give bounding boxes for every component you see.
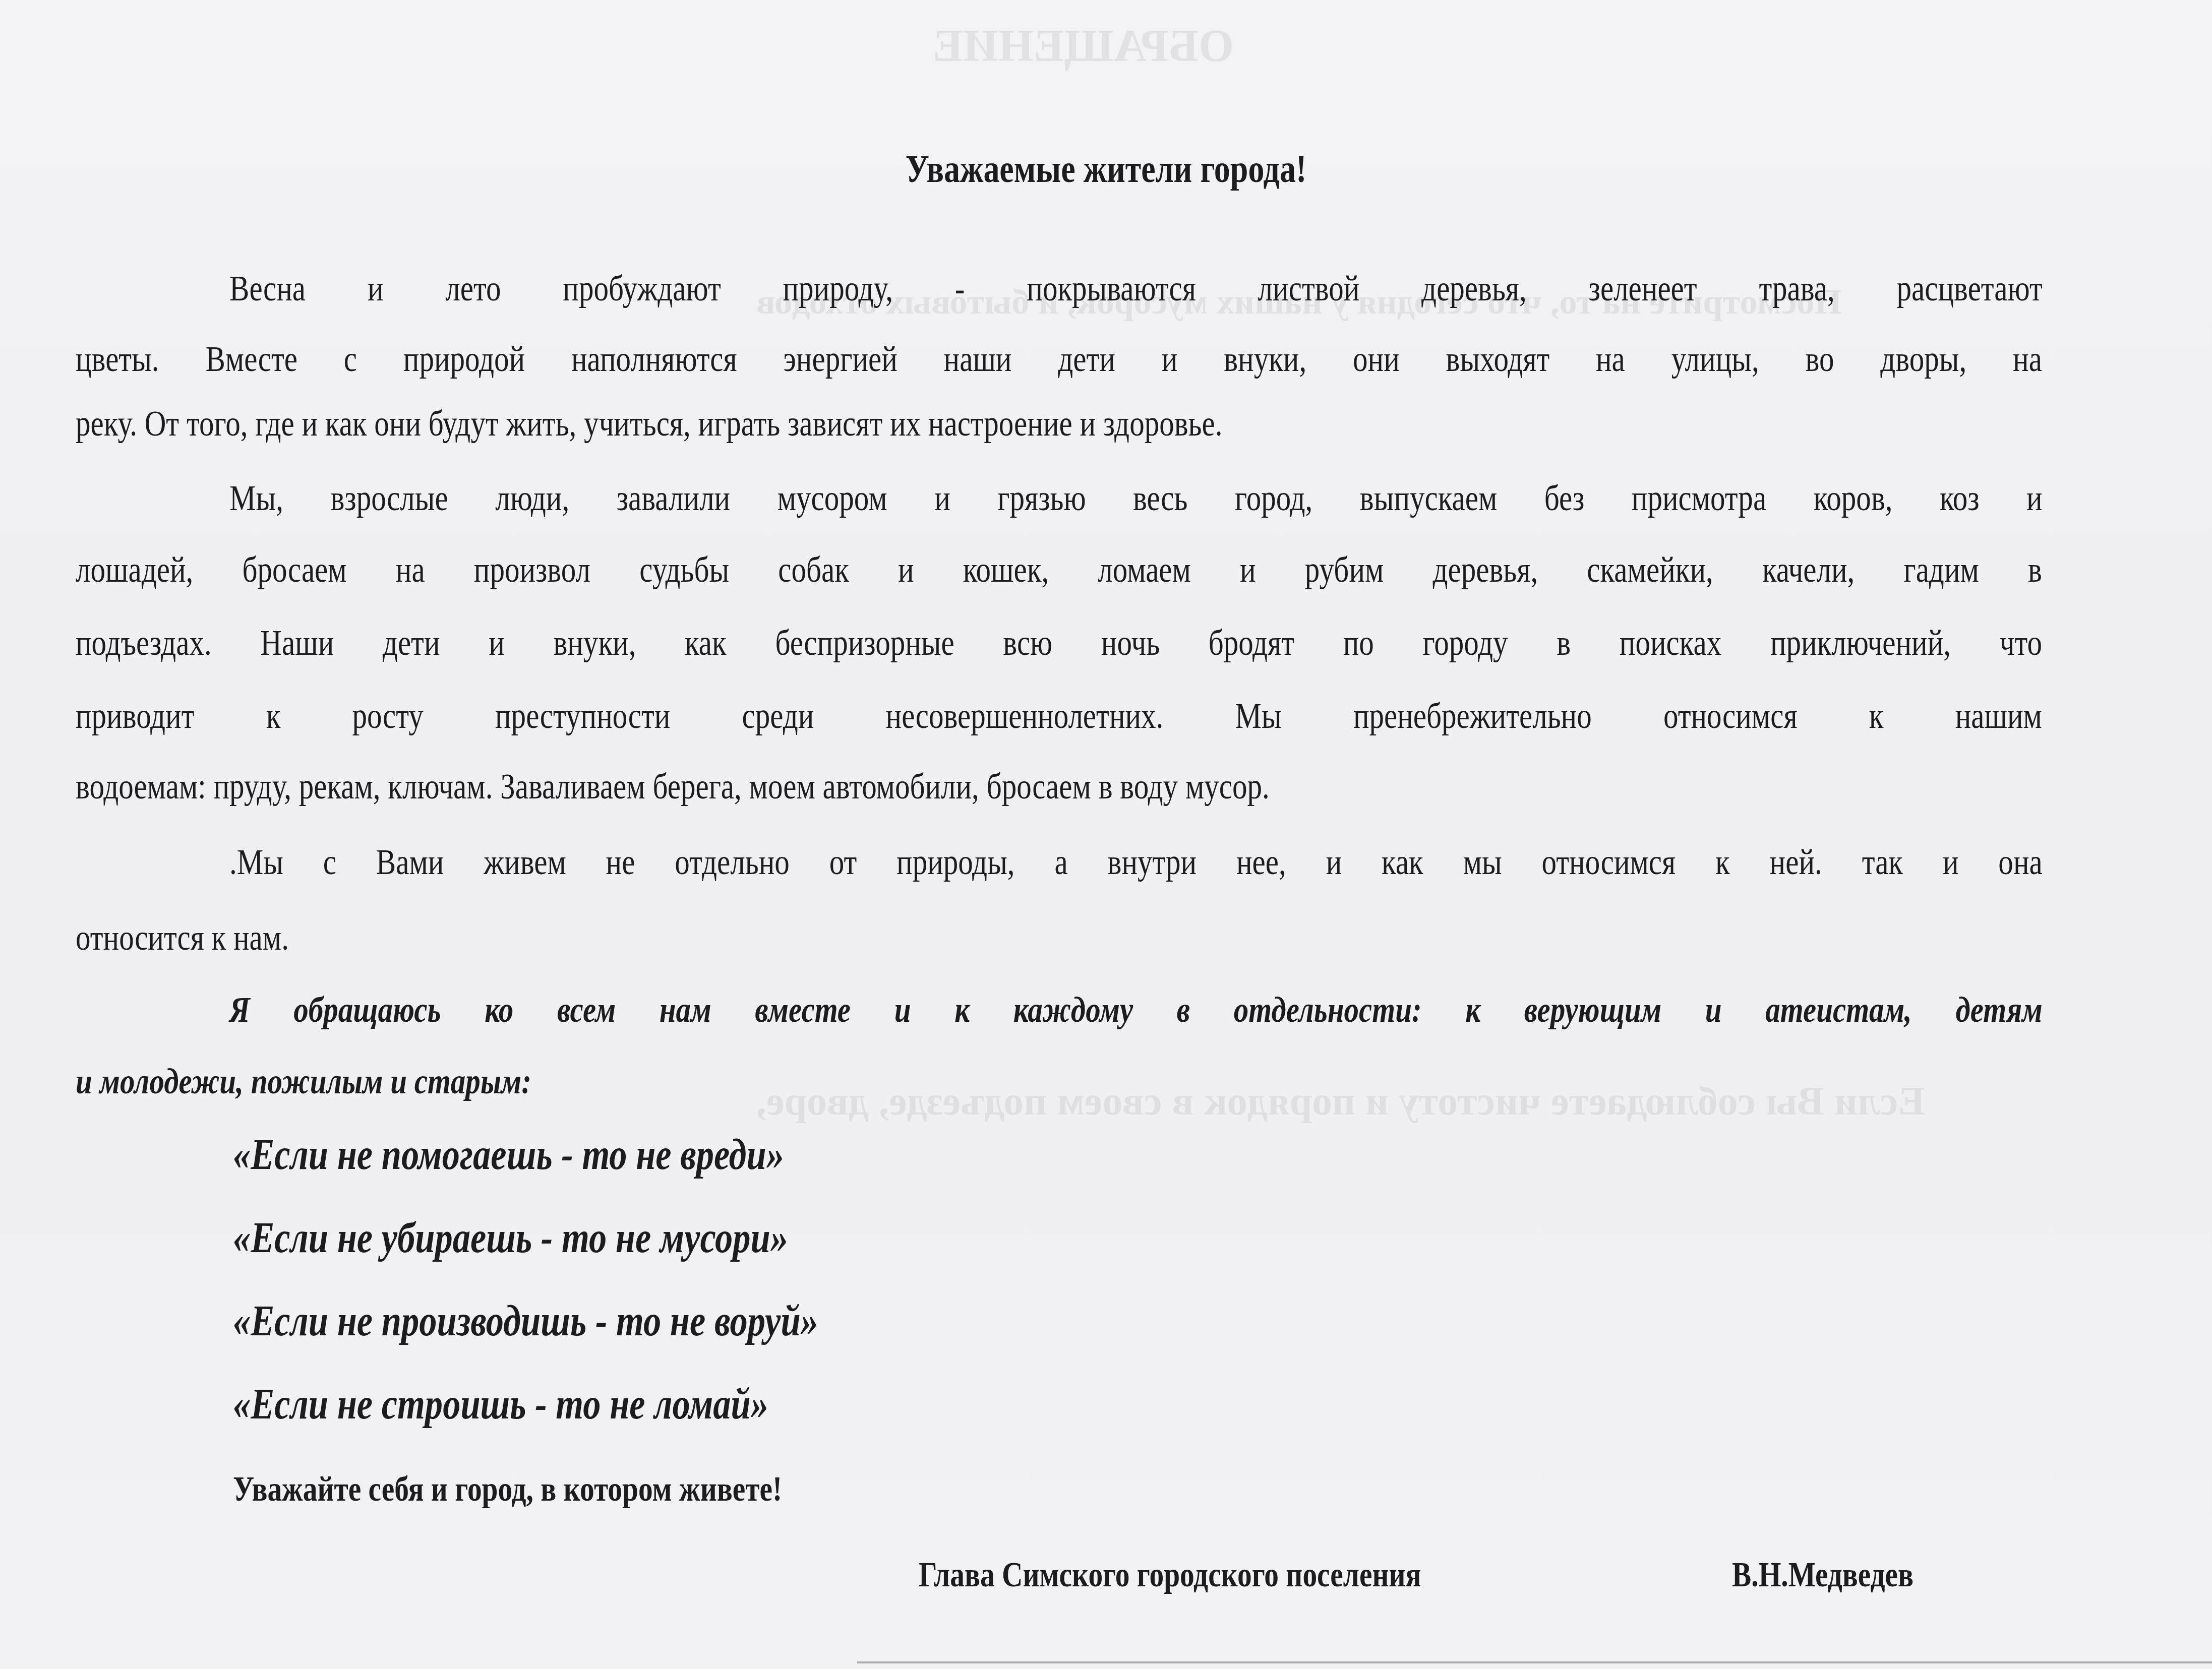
motto-3: «Если не производишь - то не воруй» [233, 1295, 818, 1346]
page-title: Уважаемые жители города! [199, 146, 2013, 192]
paragraph-2-line-5: водоемам: пруду, рекам, ключам. Завалива… [76, 766, 2042, 807]
appeal-line-1: Я обращаюсь ко всем нам вместе и к каждо… [229, 990, 2043, 1030]
motto-1: «Если не помогаешь - то не вреди» [233, 1129, 784, 1180]
closing-line: Уважайте себя и город, в котором живете! [233, 1469, 782, 1510]
signature-name: В.Н.Медведев [1732, 1555, 1914, 1595]
paragraph-1-line-1: Весна и лето пробуждают природу, - покры… [229, 268, 2043, 308]
paragraph-3-line-1: .Мы с Вами живем не отдельно от природы,… [229, 842, 2043, 882]
scanned-page: ОБРАЩЕНИЕ Посмотрите на то, что сегодня … [0, 0, 2212, 1669]
paragraph-2-line-3: подъездах. Наши дети и внуки, как беспри… [76, 623, 2042, 663]
motto-2: «Если не убираешь - то не мусори» [233, 1212, 788, 1263]
bleed-through-heading: ОБРАЩЕНИЕ [933, 20, 1234, 72]
motto-4: «Если не строишь - то не ломай» [233, 1379, 768, 1429]
paragraph-2-line-4: приводит к росту преступности среди несо… [76, 696, 2042, 736]
page-bottom-edge [857, 1661, 2212, 1663]
paragraph-2-line-2: лошадей, бросаем на произвол судьбы соба… [76, 549, 2042, 590]
paragraph-3-line-2: относится к нам. [76, 917, 2042, 958]
paragraph-2-line-1: Мы, взрослые люди, завалили мусором и гр… [229, 478, 2043, 518]
paragraph-1-line-2: цветы. Вместе с природой наполняются эне… [76, 339, 2042, 379]
paragraph-1-line-3: реку. От того, где и как они будут жить,… [76, 403, 2042, 444]
signature-position: Глава Симского городского поселения [919, 1555, 1421, 1595]
appeal-line-2: и молодежи, пожилым и старым: [76, 1061, 2042, 1101]
